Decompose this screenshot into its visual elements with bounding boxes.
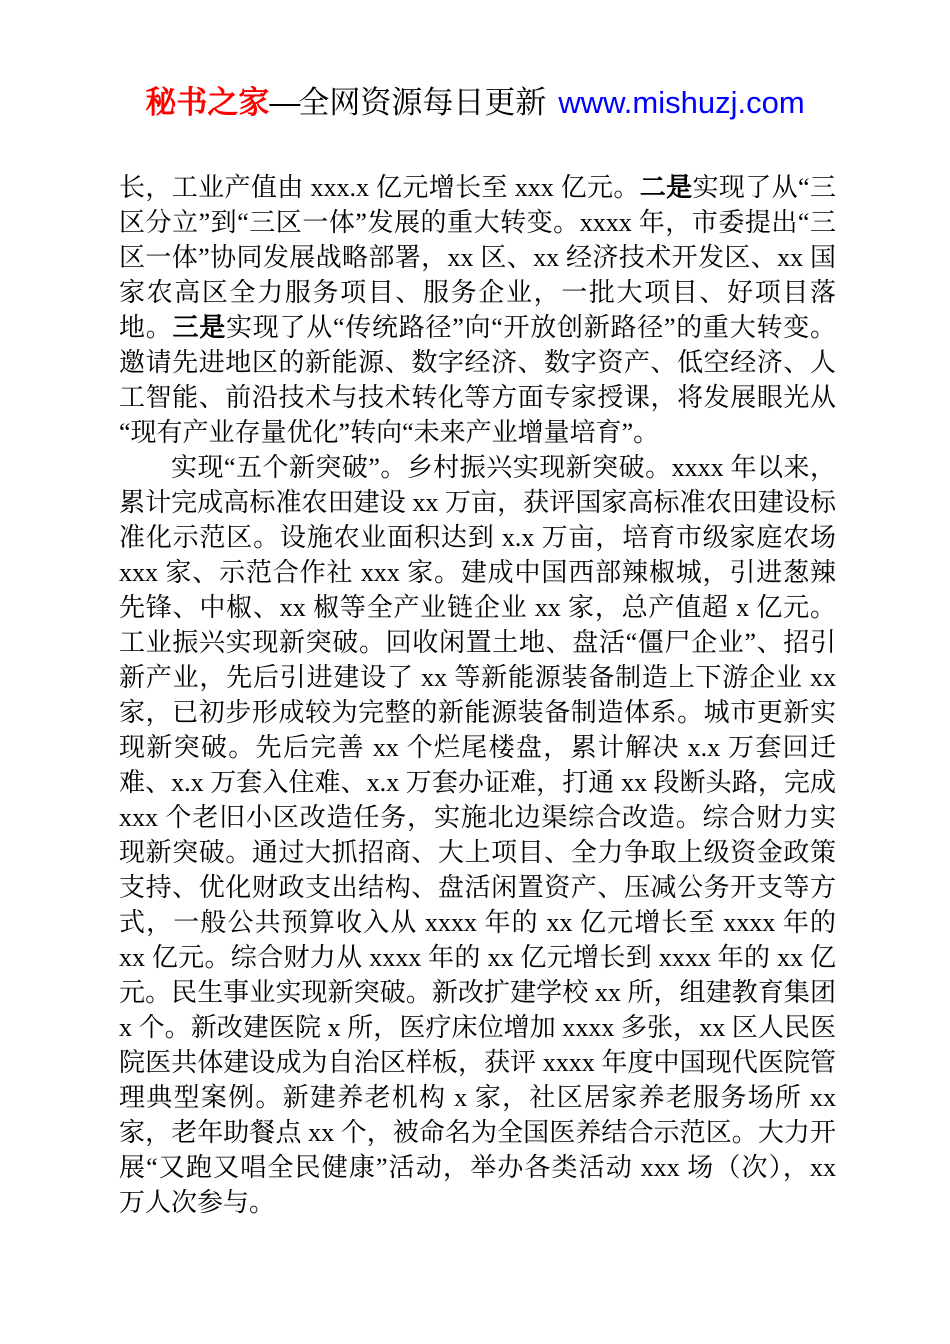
document-page: 秘书之家—全网资源每日更新www.mishuzj.com 长，工业产值由 xxx… bbox=[0, 0, 950, 1344]
paragraph: 实现“五个新突破”。乡村振兴实现新突破。xxxx 年以来，累计完成高标准农田建设… bbox=[119, 450, 836, 1220]
header-dash: — bbox=[269, 85, 298, 120]
bold-text-run: 三是 bbox=[173, 313, 227, 342]
paragraph: 长，工业产值由 xxx.x 亿元增长至 xxx 亿元。二是实现了从“三区分立”到… bbox=[119, 170, 836, 450]
site-url-link[interactable]: www.mishuzj.com bbox=[558, 85, 804, 120]
site-header: 秘书之家—全网资源每日更新www.mishuzj.com bbox=[0, 82, 950, 124]
text-run: 实现了从“传统路径”向“开放创新路径”的重大转变。邀请先进地区的新能源、数字经济… bbox=[119, 313, 836, 447]
bold-text-run: 二是 bbox=[640, 173, 693, 202]
text-run: 长，工业产值由 xxx.x 亿元增长至 xxx 亿元。 bbox=[119, 173, 640, 202]
header-tagline: 全网资源每日更新 bbox=[298, 85, 546, 120]
site-name: 秘书之家 bbox=[145, 85, 269, 120]
document-body: 长，工业产值由 xxx.x 亿元增长至 xxx 亿元。二是实现了从“三区分立”到… bbox=[119, 170, 836, 1220]
text-run: 实现“五个新突破”。乡村振兴实现新突破。xxxx 年以来，累计完成高标准农田建设… bbox=[119, 453, 836, 1217]
